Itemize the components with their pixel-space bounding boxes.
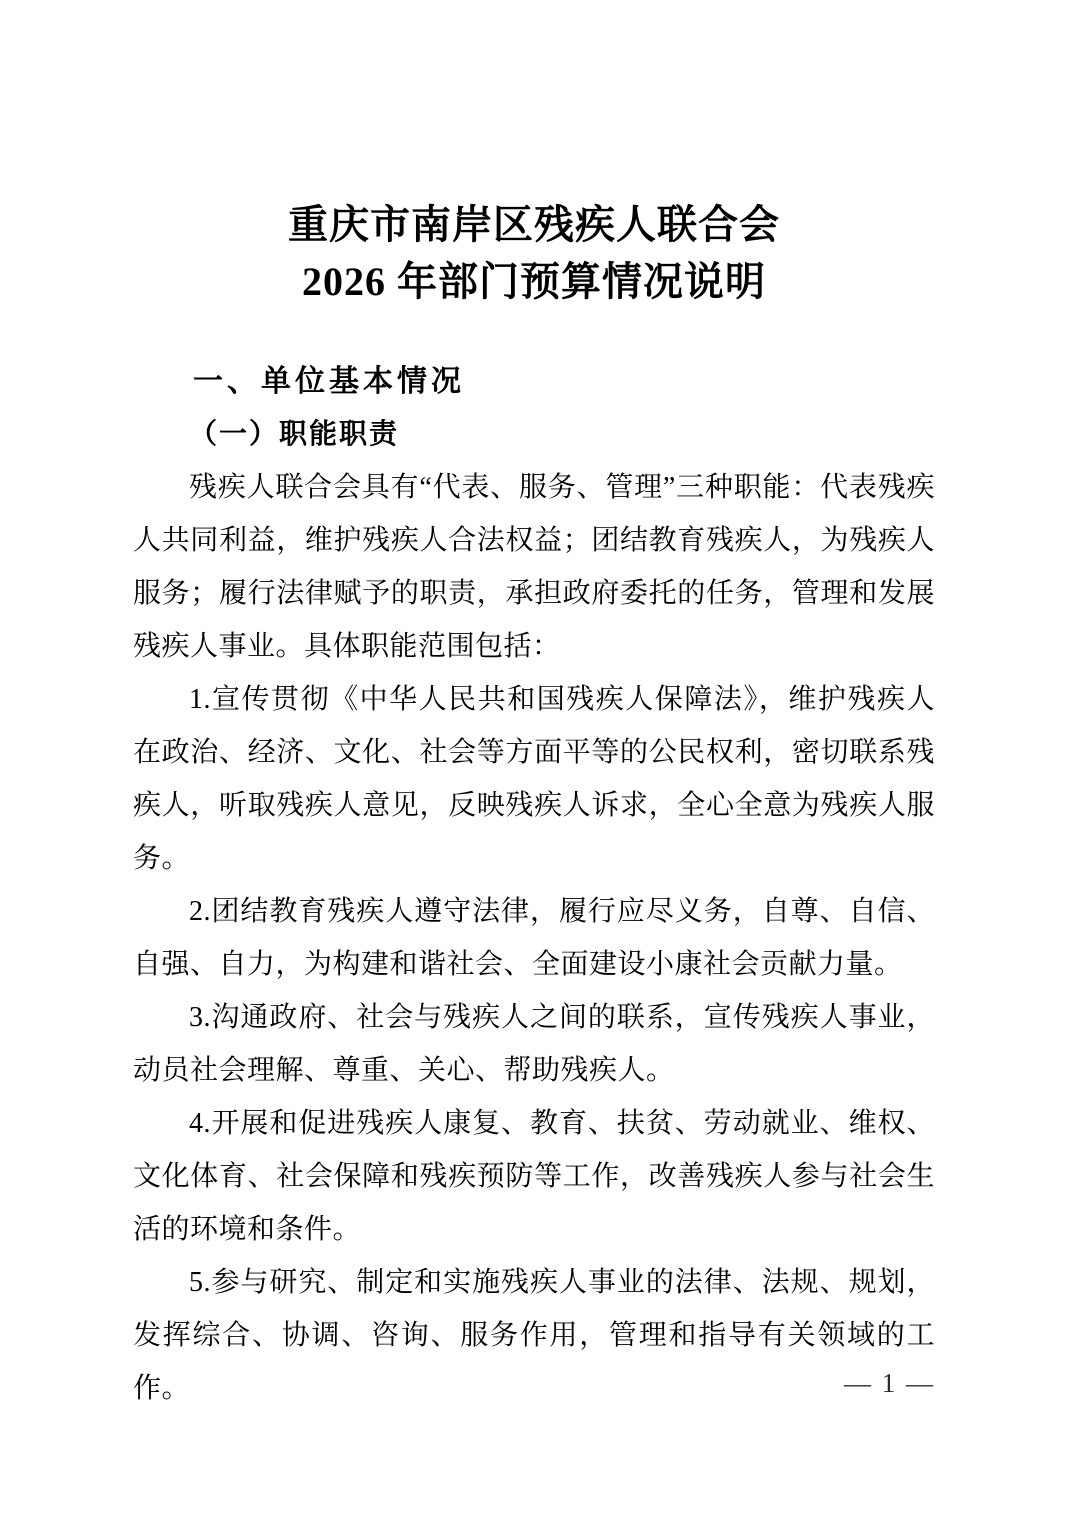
document-page: 重庆市南岸区残疾人联合会 2026 年部门预算情况说明 一、单位基本情况 （一）…	[0, 0, 1074, 1520]
body-paragraph: 残疾人联合会具有“代表、服务、管理”三种职能：代表残疾人共同利益，维护残疾人合法…	[133, 461, 935, 673]
sub-heading: （一）职能职责	[133, 408, 935, 461]
page-number: — 1 —	[844, 1368, 935, 1399]
document-title: 重庆市南岸区残疾人联合会 2026 年部门预算情况说明	[133, 196, 935, 310]
body-paragraph: 3.沟通政府、社会与残疾人之间的联系，宣传残疾人事业，动员社会理解、尊重、关心、…	[133, 991, 935, 1097]
body-paragraph: 1.宣传贯彻《中华人民共和国残疾人保障法》，维护残疾人在政治、经济、文化、社会等…	[133, 673, 935, 885]
section-heading: 一、单位基本情况	[133, 355, 935, 408]
body-paragraph: 4.开展和促进残疾人康复、教育、扶贫、劳动就业、维权、文化体育、社会保障和残疾预…	[133, 1097, 935, 1256]
document-title-line1: 重庆市南岸区残疾人联合会	[133, 196, 935, 253]
body-paragraphs: 残疾人联合会具有“代表、服务、管理”三种职能：代表残疾人共同利益，维护残疾人合法…	[133, 461, 935, 1415]
body-paragraph: 2.团结教育残疾人遵守法律，履行应尽义务，自尊、自信、自强、自力，为构建和谐社会…	[133, 885, 935, 991]
document-title-line2: 2026 年部门预算情况说明	[133, 253, 935, 310]
body-paragraph: 5.参与研究、制定和实施残疾人事业的法律、法规、规划，发挥综合、协调、咨询、服务…	[133, 1256, 935, 1415]
